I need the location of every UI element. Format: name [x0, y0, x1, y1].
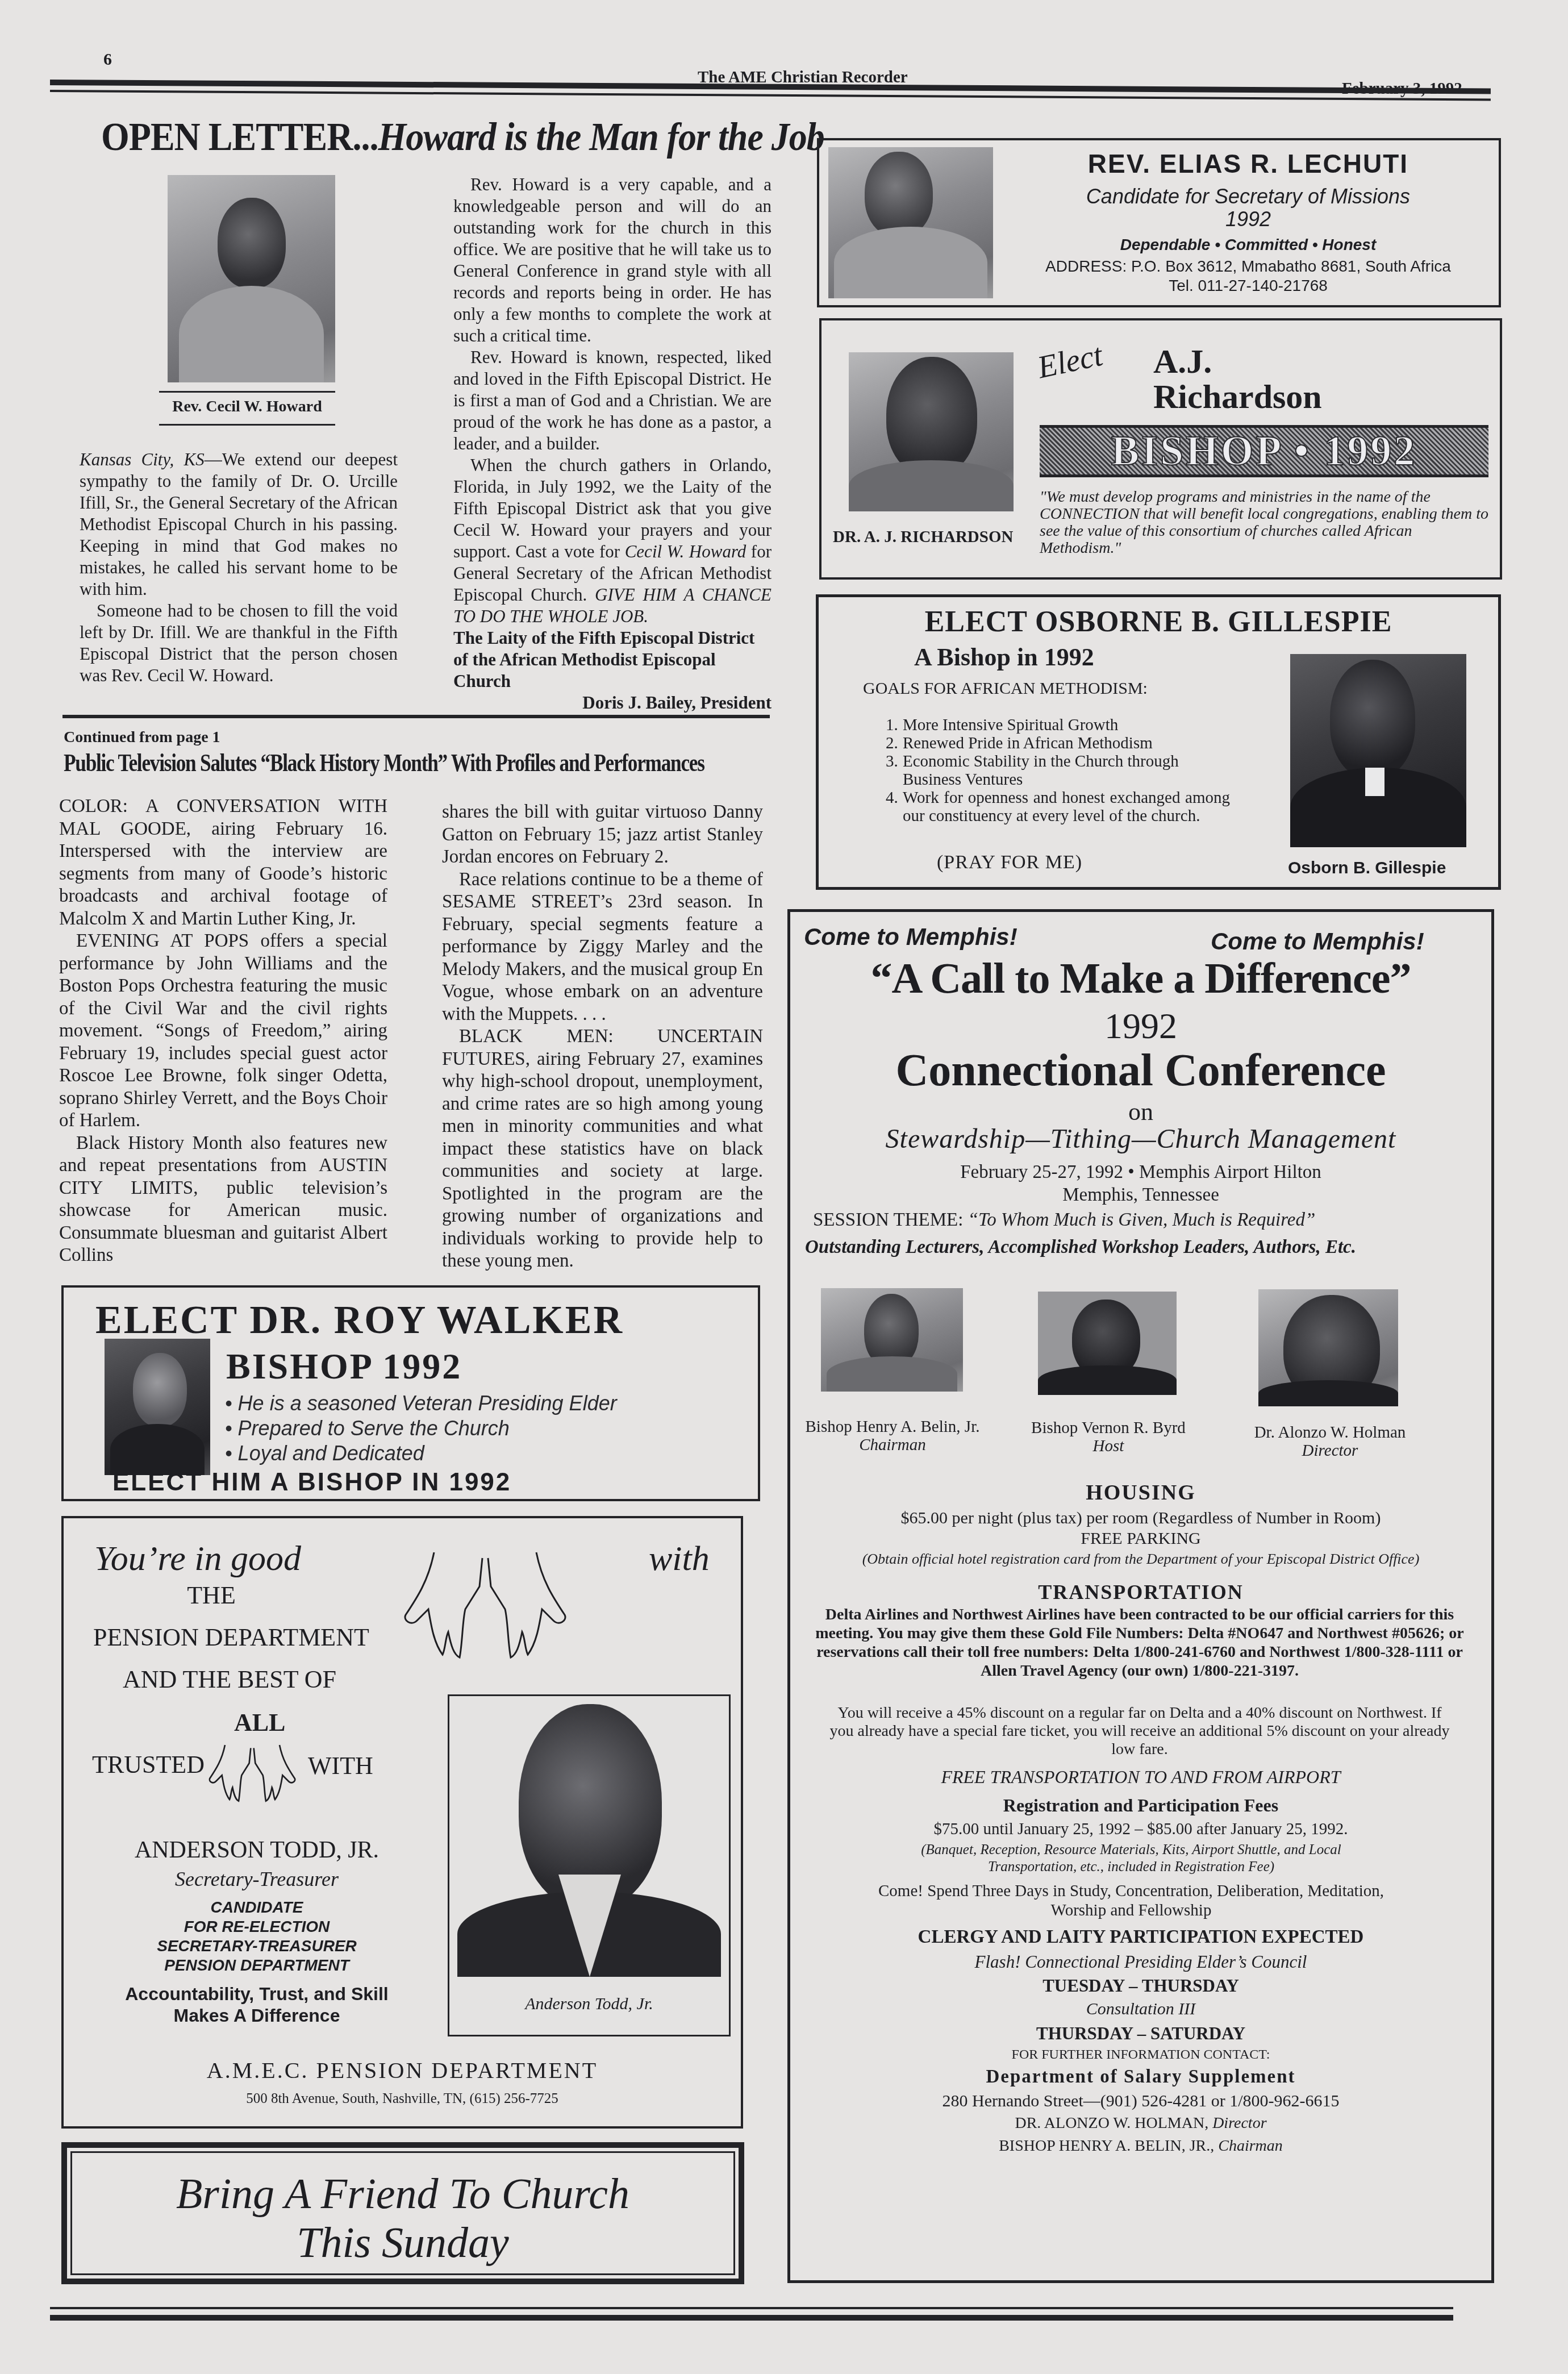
conference-topics: Stewardship—Tithing—Church Management — [790, 1123, 1491, 1155]
pension-line-with: WITH — [308, 1751, 373, 1780]
walker-photo — [105, 1339, 210, 1475]
howard-photo — [168, 175, 335, 382]
walker-ad-line2: BISHOP 1992 — [226, 1346, 462, 1388]
dept-address-phone: 280 Hernando Street—(901) 526-4281 or 1/… — [790, 2092, 1491, 2111]
pension-line-trusted: TRUSTED — [92, 1750, 205, 1779]
todd-photo-caption: Anderson Todd, Jr. — [449, 1994, 729, 2014]
flash-council: Flash! Connectional Presiding Elder’s Co… — [790, 1952, 1491, 1972]
transportation-body: Delta Airlines and Northwest Airlines ha… — [807, 1605, 1472, 1680]
todd-slogan: Accountability, Trust, and Skill Makes A… — [75, 1983, 439, 2026]
contact-label: FOR FURTHER INFORMATION CONTACT: — [790, 2047, 1491, 2063]
conference-on: on — [790, 1097, 1491, 1126]
continued-kicker: Continued from page 1 — [64, 728, 220, 747]
todd-title: Secretary-Treasurer — [86, 1867, 427, 1891]
byrd-photo — [1038, 1292, 1177, 1395]
gillespie-goals-list: 1.More Intensive Spiritual Growth 2.Rene… — [863, 716, 1230, 825]
pbs-headline: Public Television Salutes “Black History… — [64, 749, 704, 777]
participation-expected: CLERGY AND LAITY PARTICIPATION EXPECTED — [790, 1927, 1491, 1948]
conference-city: Memphis, Tennessee — [790, 1185, 1491, 1206]
housing-rate: $65.00 per night (plus tax) per room (Re… — [790, 1509, 1491, 1528]
gillespie-closing: (PRAY FOR ME) — [937, 852, 1082, 873]
page-number: 6 — [103, 50, 112, 69]
gillespie-goals-title: GOALS FOR AFRICAN METHODISM: — [863, 679, 1148, 698]
open-letter-right-column: Rev. Howard is a very capable, and a kno… — [453, 174, 772, 714]
lechuti-photo — [828, 147, 993, 298]
richardson-elect-script: Elect — [1035, 337, 1106, 386]
days-tue-thu: TUESDAY – THURSDAY — [790, 1976, 1491, 1996]
official-holman: Dr. Alonzo W. Holman Director — [1239, 1423, 1421, 1460]
richardson-photo-caption: DR. A. J. RICHARDSON — [833, 528, 1013, 547]
gillespie-photo-caption: Osborn B. Gillespie — [1288, 859, 1446, 878]
housing-note: (Obtain official hotel registration card… — [790, 1551, 1491, 1568]
pbs-left-column: COLOR: A CONVERSATION WITH MAL GOODE, ai… — [59, 796, 387, 1267]
belin-photo — [821, 1288, 963, 1392]
lechuti-campaign-ad: REV. ELIAS R. LECHUTI Candidate for Secr… — [817, 138, 1501, 307]
goal-item: 3.Economic Stability in the Church throu… — [886, 752, 1230, 789]
pbs-right-column: shares the bill with guitar virtuoso Dan… — [442, 801, 763, 1273]
free-airport-transport: FREE TRANSPORTATION TO AND FROM AIRPORT — [790, 1767, 1491, 1788]
footer-rule-thick — [50, 2315, 1453, 2321]
gillespie-campaign-ad: ELECT OSBORNE B. GILLESPIE A Bishop in 1… — [816, 594, 1501, 890]
conference-speakers: Outstanding Lecturers, Accomplished Work… — [805, 1237, 1356, 1258]
bring-friend-line2: This Sunday — [67, 2218, 739, 2268]
richardson-campaign-ad: DR. A. J. RICHARDSON Elect A.J. Richards… — [819, 318, 1502, 580]
come-to-memphis-left: Come to Memphis! — [804, 923, 1017, 951]
headline-prefix: OPEN LETTER... — [101, 114, 378, 159]
fees-amounts: $75.00 until January 25, 1992 – $85.00 a… — [790, 1820, 1491, 1839]
transportation-discount: You will receive a 45% discount on a reg… — [824, 1704, 1455, 1759]
open-letter-signoff-org: The Laity of the Fifth Episcopal Distric… — [453, 627, 772, 692]
transportation-title: TRANSPORTATION — [790, 1580, 1491, 1604]
walker-qualities-list: • He is a seasoned Veteran Presiding Eld… — [225, 1391, 617, 1466]
todd-photo-frame: Anderson Todd, Jr. — [448, 1694, 731, 2036]
walker-ad-footer: ELECT HIM A BISHOP IN 1992 — [112, 1468, 511, 1497]
lechuti-tel: Tel. 011-27-140-21768 — [1001, 277, 1495, 295]
footer-rule-thin — [50, 2307, 1453, 2309]
walker-quality-item: • He is a seasoned Veteran Presiding Eld… — [225, 1391, 617, 1416]
chairman-line: BISHOP HENRY A. BELIN, JR., Chairman — [790, 2137, 1491, 2155]
walker-ad-line1: ELECT DR. ROY WALKER — [95, 1298, 624, 1343]
bring-friend-line1: Bring A Friend To Church — [67, 2169, 739, 2219]
pension-line-best: AND THE BEST OF — [123, 1665, 336, 1694]
pension-line-department: PENSION DEPARTMENT — [93, 1623, 369, 1652]
richardson-bishop-banner: BISHOP • 1992 — [1040, 425, 1488, 477]
conference-invite: Come! Spend Three Days in Study, Concent… — [875, 1881, 1387, 1920]
open-letter-signoff-name: Doris J. Bailey, President — [453, 692, 772, 714]
gillespie-headline: ELECT OSBORNE B. GILLESPIE — [819, 605, 1498, 639]
holman-photo — [1258, 1289, 1398, 1406]
richardson-quote: "We must develop programs and ministries… — [1040, 489, 1488, 557]
bring-friend-ad: Bring A Friend To Church This Sunday — [61, 2142, 744, 2284]
small-hands-icon — [207, 1741, 298, 1804]
todd-name: ANDERSON TODD, JR. — [86, 1836, 427, 1864]
salary-supplement-dept: Department of Salary Supplement — [790, 2067, 1491, 2088]
conference-dates-venue: February 25-27, 1992 • Memphis Airport H… — [790, 1162, 1491, 1183]
consultation-iii: Consultation III — [790, 2000, 1491, 2019]
richardson-name-line1: A.J. — [1153, 342, 1212, 381]
pension-line-the: THE — [166, 1581, 257, 1610]
todd-candidate-block: CANDIDATE FOR RE-ELECTION SECRETARY-TREA… — [86, 1898, 427, 1975]
lechuti-name: REV. ELIAS R. LECHUTI — [1001, 148, 1495, 179]
lechuti-address: ADDRESS: P.O. Box 3612, Mmabatho 8681, S… — [1001, 257, 1495, 276]
goal-item: 2.Renewed Pride in African Methodism — [886, 734, 1230, 752]
days-thu-sat: THURSDAY – SATURDAY — [790, 2023, 1491, 2044]
richardson-name-line2: Richardson — [1153, 377, 1322, 417]
conference-year: 1992 — [790, 1005, 1491, 1047]
goal-item: 4.Work for openness and honest exchanged… — [886, 789, 1230, 825]
walker-campaign-ad: ELECT DR. ROY WALKER BISHOP 1992 • He is… — [61, 1285, 760, 1501]
open-hands-icon — [400, 1547, 570, 1660]
housing-title: HOUSING — [790, 1480, 1491, 1505]
open-letter-left-column: Kansas City, KS—We extend our deepest sy… — [80, 449, 398, 686]
housing-parking: FREE PARKING — [790, 1529, 1491, 1548]
fees-includes: (Banquet, Reception, Resource Materials,… — [893, 1842, 1370, 1876]
gillespie-subhead: A Bishop in 1992 — [914, 643, 1094, 672]
director-line: DR. ALONZO W. HOLMAN, Director — [790, 2114, 1491, 2133]
goal-item: 1.More Intensive Spiritual Growth — [886, 716, 1230, 734]
come-to-memphis-right: Come to Memphis! — [1211, 928, 1424, 955]
conference-event: Connectional Conference — [790, 1045, 1491, 1097]
walker-quality-item: • Loyal and Dedicated — [225, 1441, 617, 1466]
pension-tagline-left: You’re in good — [94, 1539, 301, 1579]
official-belin: Bishop Henry A. Belin, Jr. Chairman — [802, 1418, 983, 1454]
pension-line-all: ALL — [234, 1708, 285, 1737]
fees-title: Registration and Participation Fees — [790, 1795, 1491, 1816]
howard-photo-caption: Rev. Cecil W. Howard — [159, 398, 335, 416]
connectional-conference-ad: Come to Memphis! Come to Memphis! “A Cal… — [787, 909, 1494, 2283]
pension-department-address: 500 8th Avenue, South, Nashville, TN, (6… — [64, 2091, 741, 2107]
open-letter-headline: OPEN LETTER...Howard is the Man for the … — [101, 114, 824, 160]
pension-tagline-right: with — [649, 1539, 710, 1579]
pension-department-name: A.M.E.C. PENSION DEPARTMENT — [64, 2057, 741, 2084]
headline-main: Howard is the Man for the Job — [378, 114, 824, 159]
gillespie-photo — [1290, 654, 1466, 847]
walker-quality-item: • Prepared to Serve the Church — [225, 1416, 617, 1441]
pension-department-ad: You’re in good with THE PENSION DEPARTME… — [61, 1516, 743, 2129]
lechuti-qualities: Dependable • Committed • Honest — [1001, 236, 1495, 254]
official-byrd: Bishop Vernon R. Byrd Host — [1017, 1419, 1199, 1455]
section-divider — [62, 715, 770, 718]
lechuti-role: Candidate for Secretary of Missions — [1001, 185, 1495, 209]
conference-title: “A Call to Make a Difference” — [790, 954, 1491, 1003]
conference-session-theme: SESSION THEME: “To Whom Much is Given, M… — [813, 1210, 1315, 1231]
lechuti-year: 1992 — [1001, 207, 1495, 231]
richardson-photo — [849, 352, 1014, 511]
